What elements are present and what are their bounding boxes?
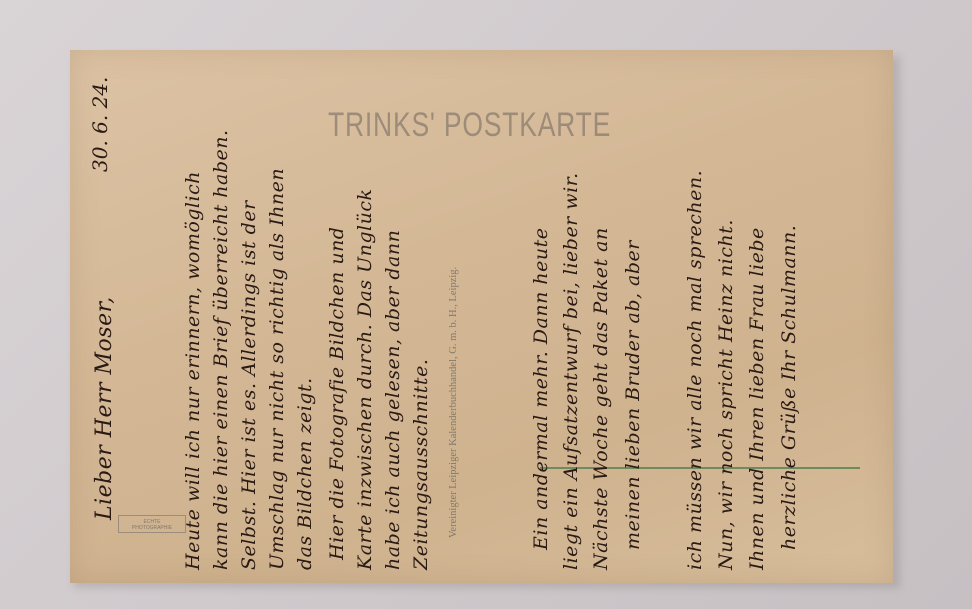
handwritten-date: 30. 6. 24. [88,77,112,172]
printed-postcard-title: TRINKS' POSTKARTE [328,106,611,145]
handwriting-line: Ihnen und Ihren lieben Frau liebe [746,227,768,570]
handwriting-line: meinen lieben Bruder ab, aber [622,240,644,550]
handwriting-line: Heute will ich nur erinnern, womöglich [182,171,204,570]
handwriting-line: liegt ein Aufsatzentwurf bei, lieber wir… [560,172,582,570]
handwriting-line: Hier die Fotografie Bildchen und [326,227,348,560]
handwriting-line: herzliche Grüße Ihr Schulmann. [778,225,800,550]
photo-stamp-box: ECHTE PHOTOGRAPHIE [118,515,186,533]
handwriting-line: habe ich auch gelesen, aber dann [382,230,404,570]
handwriting-line: Ein andermal mehr. Dann heute [530,228,552,550]
handwriting-line: Zeitungsausschnitte. [410,359,432,570]
handwriting-line: Nun, wir noch spricht Heinz nicht. [715,219,737,570]
publisher-imprint: Vereinigter Leipziger Kalenderbuchhandel… [448,267,459,538]
handwriting-line: Lieber Herr Moser, [92,296,117,520]
handwriting-line: das Bildchen zeigt. [294,377,316,570]
handwriting-line: kann die hier einen Brief überreicht hab… [210,129,232,570]
handwriting-line: Nächste Woche geht das Paket an [590,227,612,570]
handwriting-line: Karte inzwischen durch. Das Unglück [354,188,376,570]
handwriting-line: Umschlag nur nicht so richtig als Ihnen [266,168,288,570]
handwriting-line: Selbst. Hier ist es. Allerdings ist der [238,200,260,570]
postcard: TRINKS' POSTKARTE Vereinigter Leipziger … [70,50,893,583]
stamp-line-2: PHOTOGRAPHIE [119,525,185,531]
handwriting-line: ich müssen wir alle noch mal sprechen. [684,170,706,570]
